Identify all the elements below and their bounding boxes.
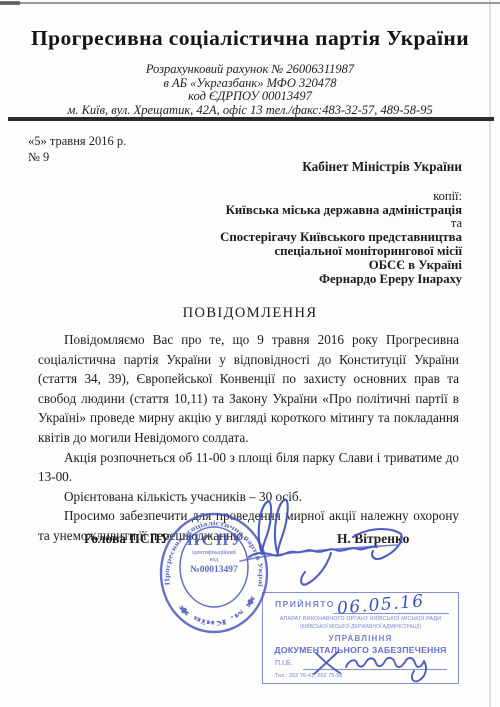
- acceptance-date-line: [333, 596, 449, 614]
- recipient-copy2-line4: Фернардо Ереру Інараху: [142, 273, 462, 287]
- recipient-copy2-line3: ОБСЄ в Україні: [142, 259, 462, 273]
- signatory-name: Н. Вітренко: [337, 531, 409, 547]
- scan-top-line: [0, 2, 500, 4]
- round-seal-stamp: Прогресивна соціалістична партія України…: [158, 511, 270, 635]
- reference-number: № 9: [28, 150, 126, 166]
- letterhead-details: Розрахунковий рахунок № 26006311987 в АБ…: [0, 63, 500, 117]
- reference-date: «5» травня 2016 р.: [28, 134, 126, 150]
- acceptance-dept-line1: УПРАВЛІННЯ: [263, 634, 458, 643]
- seal-abbr: ПСПУ: [187, 532, 245, 549]
- acceptance-org-line1: АПАРАТ ВИКОНАВЧОГО ОРГАНУ КИЇВСЬКОЇ МІСЬ…: [263, 616, 458, 622]
- notice-paragraph-1: Повідомляємо Вас про те, що 9 травня 201…: [38, 330, 459, 448]
- letterhead-edrpou-line: код ЄДРПОУ 00013497: [0, 90, 500, 104]
- scan-corner-mark: [0, 1, 20, 5]
- notice-paragraph-2: Акція розпочнеться об 11-00 з площі біля…: [38, 448, 459, 487]
- acceptance-stamp-label: ПРИЙНЯТО: [275, 599, 335, 609]
- recipient-copy1: Київська міська державна адміністрація: [142, 204, 462, 218]
- acceptance-name-line: [303, 651, 447, 670]
- scanned-letter-page: Прогресивна соціалістична партія України…: [0, 0, 500, 707]
- letterhead-address-line: м. Київ, вул. Хрещатик, 42А, офіс 13 тел…: [0, 104, 500, 118]
- letterhead-account-line: Розрахунковий рахунок № 26006311987: [0, 63, 500, 77]
- letterhead-rule: [8, 117, 494, 121]
- letterhead-party-name: Прогресивна соціалістична партія України: [0, 26, 500, 51]
- recipient-copy2-line2: спеціальної моніторингової місії: [142, 245, 462, 259]
- seal-id-line2: код: [210, 557, 218, 563]
- recipient-copies-label: копії:: [142, 190, 462, 204]
- recipients-block: Кабінет Міністрів України копії: Київськ…: [142, 160, 462, 286]
- notice-paragraph-3: Орієнтована кількість учасників – 30 осі…: [38, 487, 459, 507]
- recipient-main: Кабінет Міністрів України: [142, 160, 462, 174]
- recipient-conjunction: та: [142, 217, 462, 231]
- notice-title: ПОВІДОМЛЕННЯ: [0, 305, 500, 322]
- recipient-copy2-line1: Спостерігачу Київського представництва: [142, 231, 462, 245]
- seal-id-number: №00013497: [190, 565, 238, 575]
- seal-id-line1: ідентифікаційний: [192, 549, 236, 556]
- acceptance-stamp: ПРИЙНЯТО АПАРАТ ВИКОНАВЧОГО ОРГАНУ КИЇВС…: [262, 592, 459, 684]
- acceptance-org-line2: (КИЇВСЬКОЇ МІСЬКОЇ ДЕРЖАВНОЇ АДМІНІСТРАЦ…: [263, 624, 458, 630]
- reference-block: «5» травня 2016 р. № 9: [28, 134, 126, 165]
- acceptance-phone: Тел.: 202 76-41, 202 75-58: [275, 673, 342, 679]
- acceptance-name-label: П.І.Б.: [275, 660, 292, 667]
- letterhead-bank-line: в АБ «Укргазбанк» МФО 320478: [0, 77, 500, 91]
